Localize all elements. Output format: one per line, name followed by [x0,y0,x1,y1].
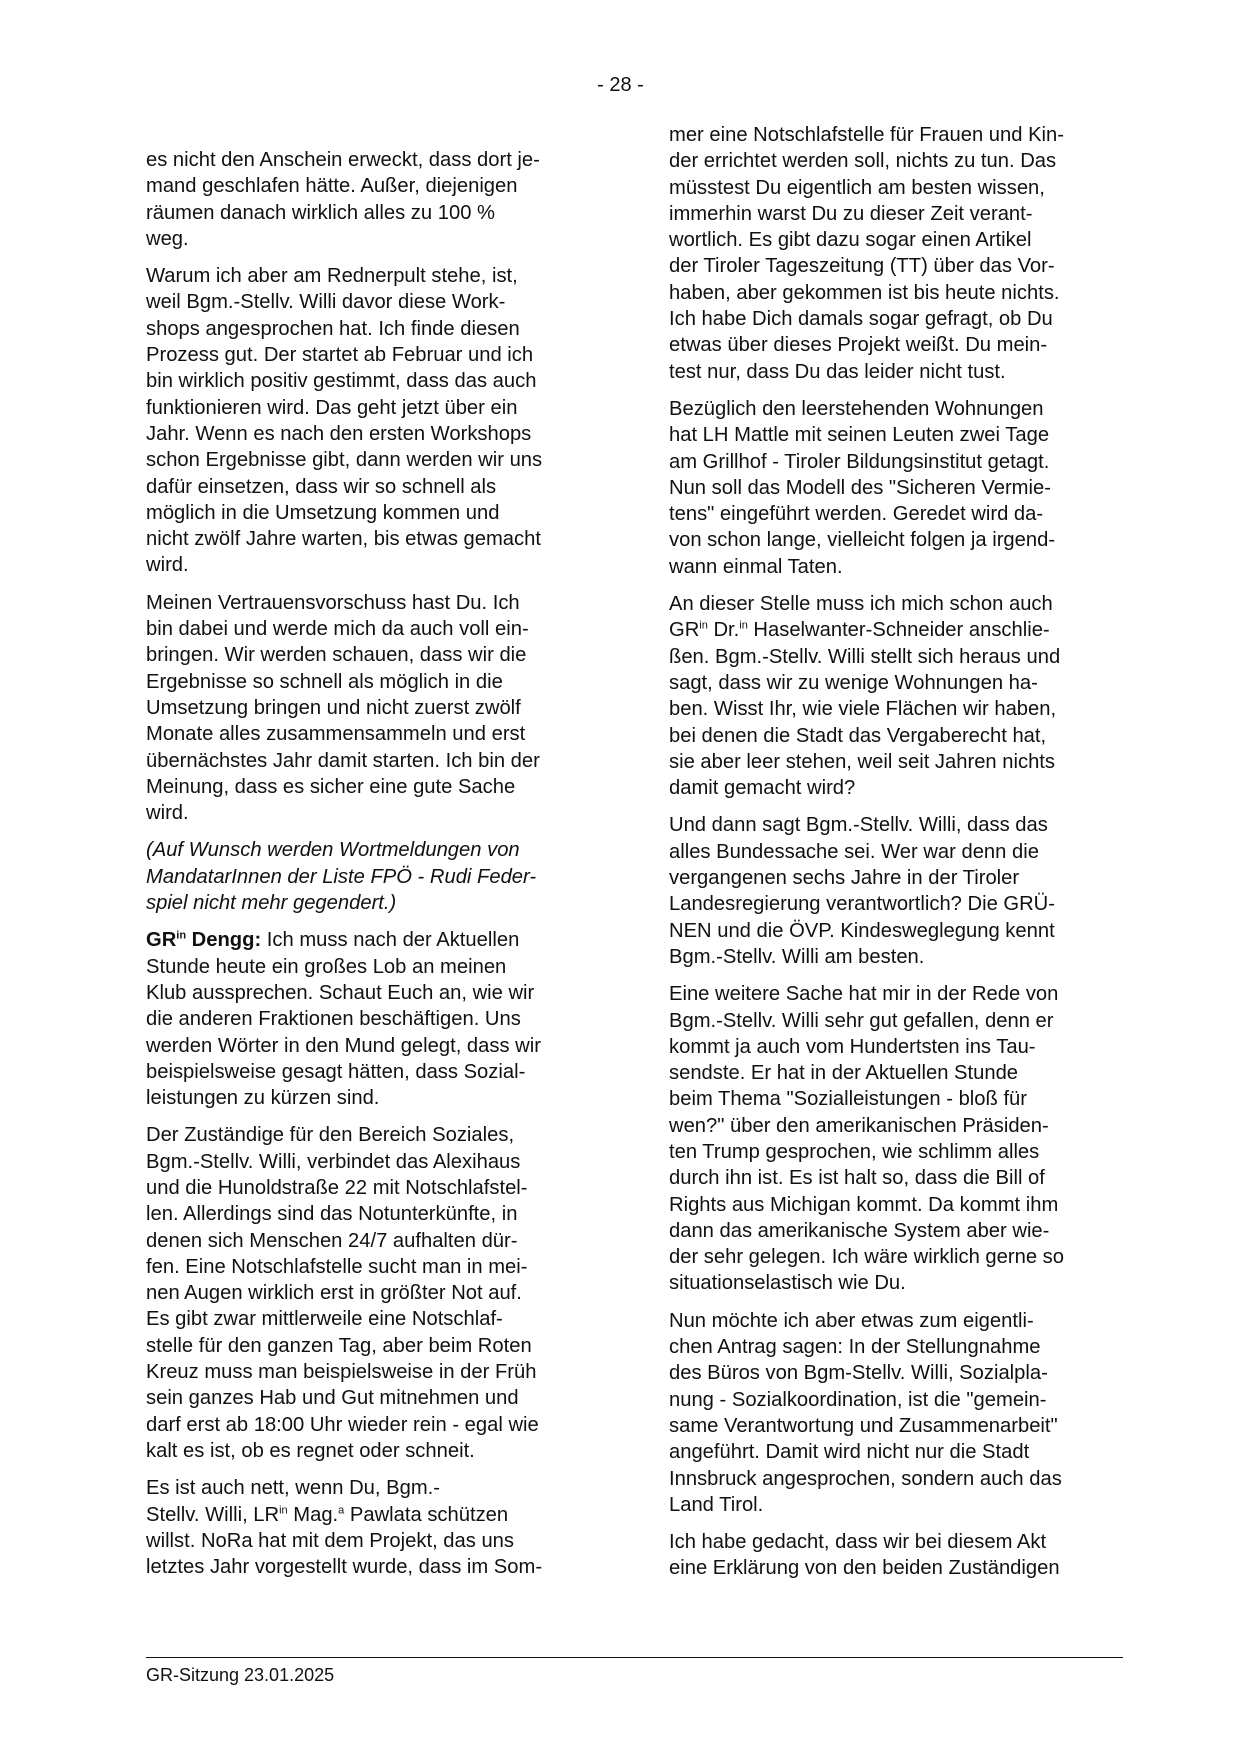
paragraph: mer eine Notschlafstelle für Frauen und … [669,122,1127,385]
superscript: in [279,1504,288,1516]
superscript: in [739,620,748,632]
paragraph: Und dann sagt Bgm.-Stellv. Willi, dass d… [669,812,1127,970]
speaker-paragraph: GRin Dengg: Ich muss nach der Aktuellen … [146,927,604,1111]
left-column: es nicht den Anschein erweckt, dass dort… [146,147,604,1591]
paragraph: Meinen Vertrauensvorschuss hast Du. Ich … [146,590,604,827]
editorial-note: (Auf Wunsch werden Wortmeldungen von Man… [146,837,604,916]
footer-divider [146,1657,1123,1658]
superscript: in [699,620,708,632]
speech-text: Ich muss nach der Aktuellen Stunde heute… [146,929,541,1109]
text-segment: Dr. [708,619,739,641]
speaker-name: Dengg: [186,929,261,951]
paragraph: es nicht den Anschein erweckt, dass dort… [146,147,604,252]
text-segment: Mag. [288,1504,339,1526]
footer-session-date: GR-Sitzung 23.01.2025 [146,1663,334,1687]
paragraph: Es ist auch nett, wenn Du, Bgm.- Stellv.… [146,1475,604,1580]
speaker-title: GR [146,929,176,951]
paragraph: Ich habe gedacht, dass wir bei diesem Ak… [669,1529,1127,1582]
paragraph: Nun möchte ich aber etwas zum eigentli- … [669,1308,1127,1518]
page-number: - 28 - [0,72,1241,98]
paragraph: Bezüglich den leerstehenden Wohnungen ha… [669,396,1127,580]
paragraph: Warum ich aber am Rednerpult stehe, ist,… [146,263,604,579]
paragraph: An dieser Stelle muss ich mich schon auc… [669,591,1127,801]
paragraph: Der Zuständige für den Bereich Soziales,… [146,1122,604,1464]
text-segment: Haselwanter-Schneider anschlie- ßen. Bgm… [669,619,1060,799]
paragraph: Eine weitere Sache hat mir in der Rede v… [669,981,1127,1297]
right-column: mer eine Notschlafstelle für Frauen und … [669,122,1127,1593]
speaker-label: GRin Dengg: [146,929,261,951]
speaker-title-suffix: in [176,930,186,942]
